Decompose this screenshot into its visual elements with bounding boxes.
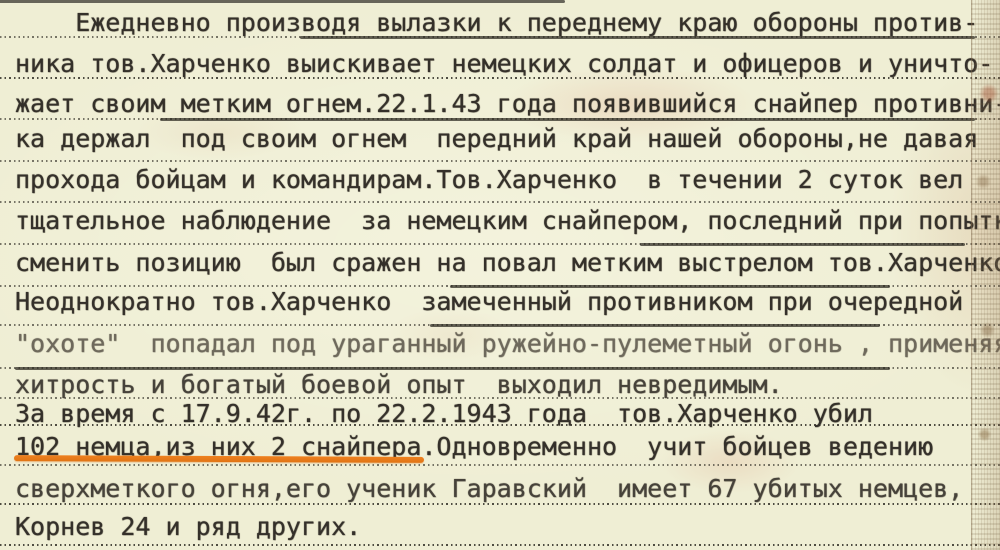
- solid-rule-segment: [640, 243, 965, 246]
- text-line: Ежедневно производя вылазки к переднему …: [15, 10, 978, 38]
- text-line: прохода бойцам и командирам.Тов.Харченко…: [15, 167, 963, 195]
- dotted-rule: [0, 544, 1000, 546]
- dotted-rule: [0, 464, 1000, 466]
- text-line: сверхметкого огня,его ученик Гаравский и…: [15, 476, 963, 504]
- text-line: Неоднократно тов.Харченко замеченный про…: [15, 289, 963, 317]
- text-line: Корнев 24 и ряд других.: [15, 514, 361, 542]
- text-line: "охоте" попадал под ураганный ружейно-пу…: [15, 331, 1000, 359]
- dotted-rule: [0, 160, 1000, 162]
- scan-top-edge: [0, 0, 565, 3]
- text-line: ника тов.Харченко выискивает немецких со…: [15, 51, 993, 79]
- text-line: жает своим метким огнем.22.1.43 года поя…: [15, 91, 1000, 119]
- text-line: хитрость и богатый боевой опыт выходил н…: [15, 372, 783, 400]
- text-line: сменить позицию был сражен на повал метк…: [15, 250, 1000, 278]
- text-line: За время с 17.9.42г. по 22.2.1943 года т…: [15, 401, 873, 429]
- solid-rule-segment: [430, 324, 880, 327]
- text-line: тщательное наблюдение за немецким снайпе…: [15, 208, 1000, 236]
- scan-right-edge-texture: [971, 0, 1000, 550]
- dotted-rule: [0, 201, 1000, 203]
- document-scan: Ежедневно производя вылазки к переднему …: [0, 0, 1000, 550]
- text-line: ка держал под своим огнем передний край …: [15, 126, 978, 154]
